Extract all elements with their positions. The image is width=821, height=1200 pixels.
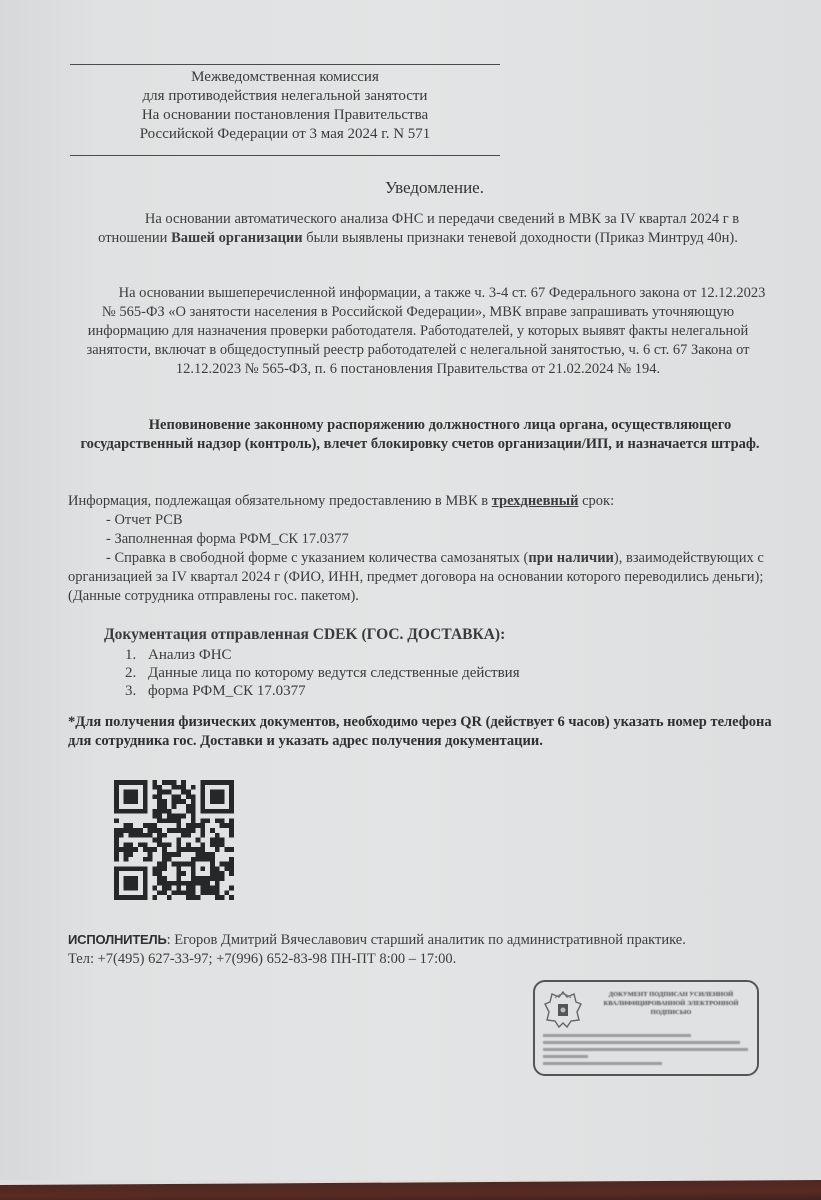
required-info-intro: Информация, подлежащая обязательному пре… [68,492,768,511]
required-item: - Справка в свободной форме с указанием … [68,549,768,606]
required-item: - Отчет РСВ [68,511,768,530]
warning-paragraph: Неповиновение законному распоряжению дол… [80,416,760,454]
qr-instruction-note: *Для получения физических документов, не… [68,713,778,751]
intro-text: Информация, подлежащая обязательному пре… [68,493,492,509]
intro-text: срок: [578,493,614,509]
executor-block: Исполнитель: Егоров Дмитрий Вячеславович… [68,930,788,969]
item-emphasis: при наличии [528,550,614,566]
issuer-line: Российской Федерации от 3 мая 2024 г. N … [70,125,500,144]
paragraph-legal-basis: На основании вышеперечисленной информаци… [68,284,768,379]
issuer-line: На основании постановления Правительства [70,106,500,125]
deadline-emphasis: трехдневный [492,493,579,509]
stamp-header: Документ подписан усиленной квалифициров… [587,990,755,1017]
item-text: - Справка в свободной форме с указанием … [68,550,528,566]
paragraph-text: были выявлены признаки теневой доходност… [303,230,738,246]
list-item: форма РФМ_СК 17.0377 [140,682,724,700]
required-item: - Заполненная форма РФМ_СК 17.0377 [68,530,768,549]
sent-documents-list: Анализ ФНС Данные лица по которому ведут… [104,646,724,700]
list-item: Анализ ФНС [140,646,724,664]
header-bottom-rule [70,155,500,156]
document-title: Уведомление. [0,178,821,198]
executor-label: Исполнитель [68,932,167,947]
paragraph-text: На основании вышеперечисленной информаци… [71,285,766,377]
issuer-line: Межведомственная комиссия [70,68,500,87]
paragraph-analysis: На основании автоматического анализа ФНС… [68,210,768,248]
organization-emphasis: Вашей организации [171,230,303,246]
issuer-header: Межведомственная комиссия для противодей… [70,64,500,144]
required-info-section: Информация, подлежащая обязательному пре… [68,492,768,606]
coat-of-arms-icon [543,988,583,1030]
sent-documents-section: Документация отправленная CDEK (ГОС. ДОС… [104,626,724,700]
list-item: Данные лица по которому ведутся следстве… [140,664,724,682]
executor-name: : Егоров Дмитрий Вячеславович старший ан… [167,932,686,948]
warning-text: Неповиновение законному распоряжению дол… [80,417,759,452]
qr-code-icon[interactable] [112,780,236,900]
stamp-details-illegible [543,1034,748,1069]
executor-line: Исполнитель: Егоров Дмитрий Вячеславович… [68,930,788,950]
document-page: Межведомственная комиссия для противодей… [0,0,821,1180]
executor-phone: Тел: +7(495) 627-33-97; +7(996) 652-83-9… [68,950,788,969]
electronic-signature-stamp: Документ подписан усиленной квалифициров… [533,980,759,1076]
sent-documents-title: Документация отправленная CDEK (ГОС. ДОС… [104,626,724,644]
issuer-line: для противодействия нелегальной занятост… [70,87,500,106]
table-surface-background [0,1180,821,1200]
